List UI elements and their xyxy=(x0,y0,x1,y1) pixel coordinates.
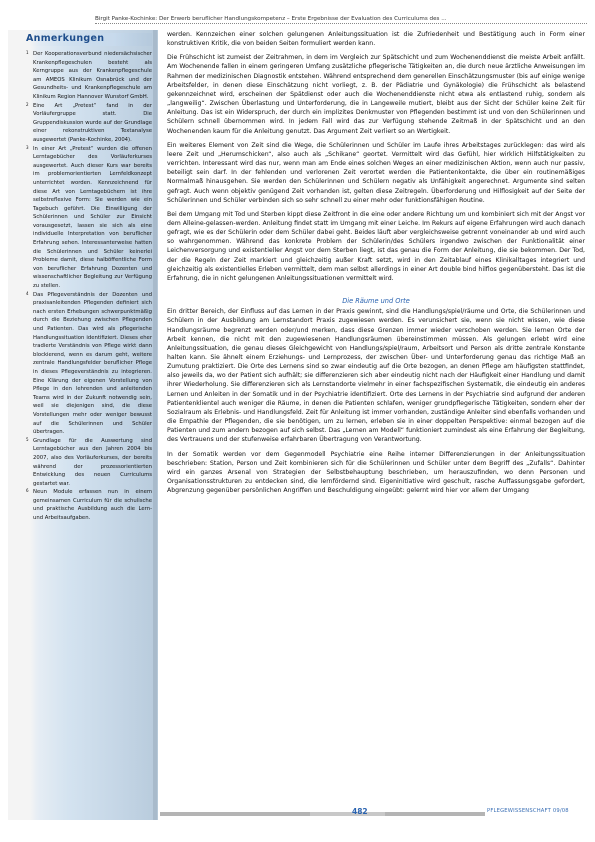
footnote: 2Eine Art „Pretest“ fand in der Vorläufe… xyxy=(26,102,152,145)
footnote: 1Der Kooperationsverbund niedersächsisch… xyxy=(26,50,152,102)
running-head: Birgit Panke-Kochinke: Der Erwerb berufl… xyxy=(95,16,587,24)
main-text-column: werden. Kennzeichen einer solchen gelung… xyxy=(167,30,585,500)
footer-rule xyxy=(160,812,310,816)
footnote-text: Der Kooperationsverbund niedersächsische… xyxy=(33,51,152,100)
footnote: 4Das Pflegeverständnis der Dozenten und … xyxy=(26,291,152,437)
body-paragraph: werden. Kennzeichen einer solchen gelung… xyxy=(167,30,585,48)
body-paragraph: Bei dem Umgang mit Tod und Sterben kippt… xyxy=(167,210,585,283)
journal-name: PFLEGEWISSENSCHAFT 09/08 xyxy=(487,808,569,814)
body-paragraph: Ein dritter Bereich, der Einfluss auf da… xyxy=(167,307,585,444)
section-heading: Die Räume und Orte xyxy=(167,297,585,306)
footnote-text: Eine Art „Pretest“ fand in der Vorläufer… xyxy=(33,103,152,143)
page-number: 482 xyxy=(352,807,368,816)
footnote-text: In einer Art „Pretest“ wurden die offene… xyxy=(33,146,152,290)
footnote: 6Neun Module erfassen nun in einem gemei… xyxy=(26,488,152,522)
footnote-number: 3 xyxy=(26,144,29,153)
footnote-number: 2 xyxy=(26,101,29,110)
body-paragraph: In der Somatik werden vor dem Gegenmodel… xyxy=(167,450,585,496)
notes-title: Anmerkungen xyxy=(26,33,152,46)
footnote-text: Grundlage für die Auswertung sind Lernta… xyxy=(33,438,152,487)
footnote-number: 5 xyxy=(26,436,29,445)
page-number-bar xyxy=(310,812,385,816)
footnote-number: 6 xyxy=(26,487,29,496)
footnote-number: 1 xyxy=(26,49,29,58)
footnotes-list: 1Der Kooperationsverbund niedersächsisch… xyxy=(26,50,152,523)
footnote-text: Neun Module erfassen nun in einem gemein… xyxy=(33,489,152,521)
footer-rule xyxy=(385,812,485,816)
body-paragraph: Die Frühschicht ist zumeist der Zeitrahm… xyxy=(167,53,585,135)
sidebar-edge xyxy=(153,30,157,820)
body-paragraph: Ein weiteres Element von Zeit sind die W… xyxy=(167,141,585,205)
footnote: 3In einer Art „Pretest“ wurden die offen… xyxy=(26,145,152,291)
footnote-text: Das Pflegeverständnis der Dozenten und p… xyxy=(33,292,152,436)
footnote: 5Grundlage für die Auswertung sind Lernt… xyxy=(26,437,152,489)
footnote-number: 4 xyxy=(26,290,29,299)
